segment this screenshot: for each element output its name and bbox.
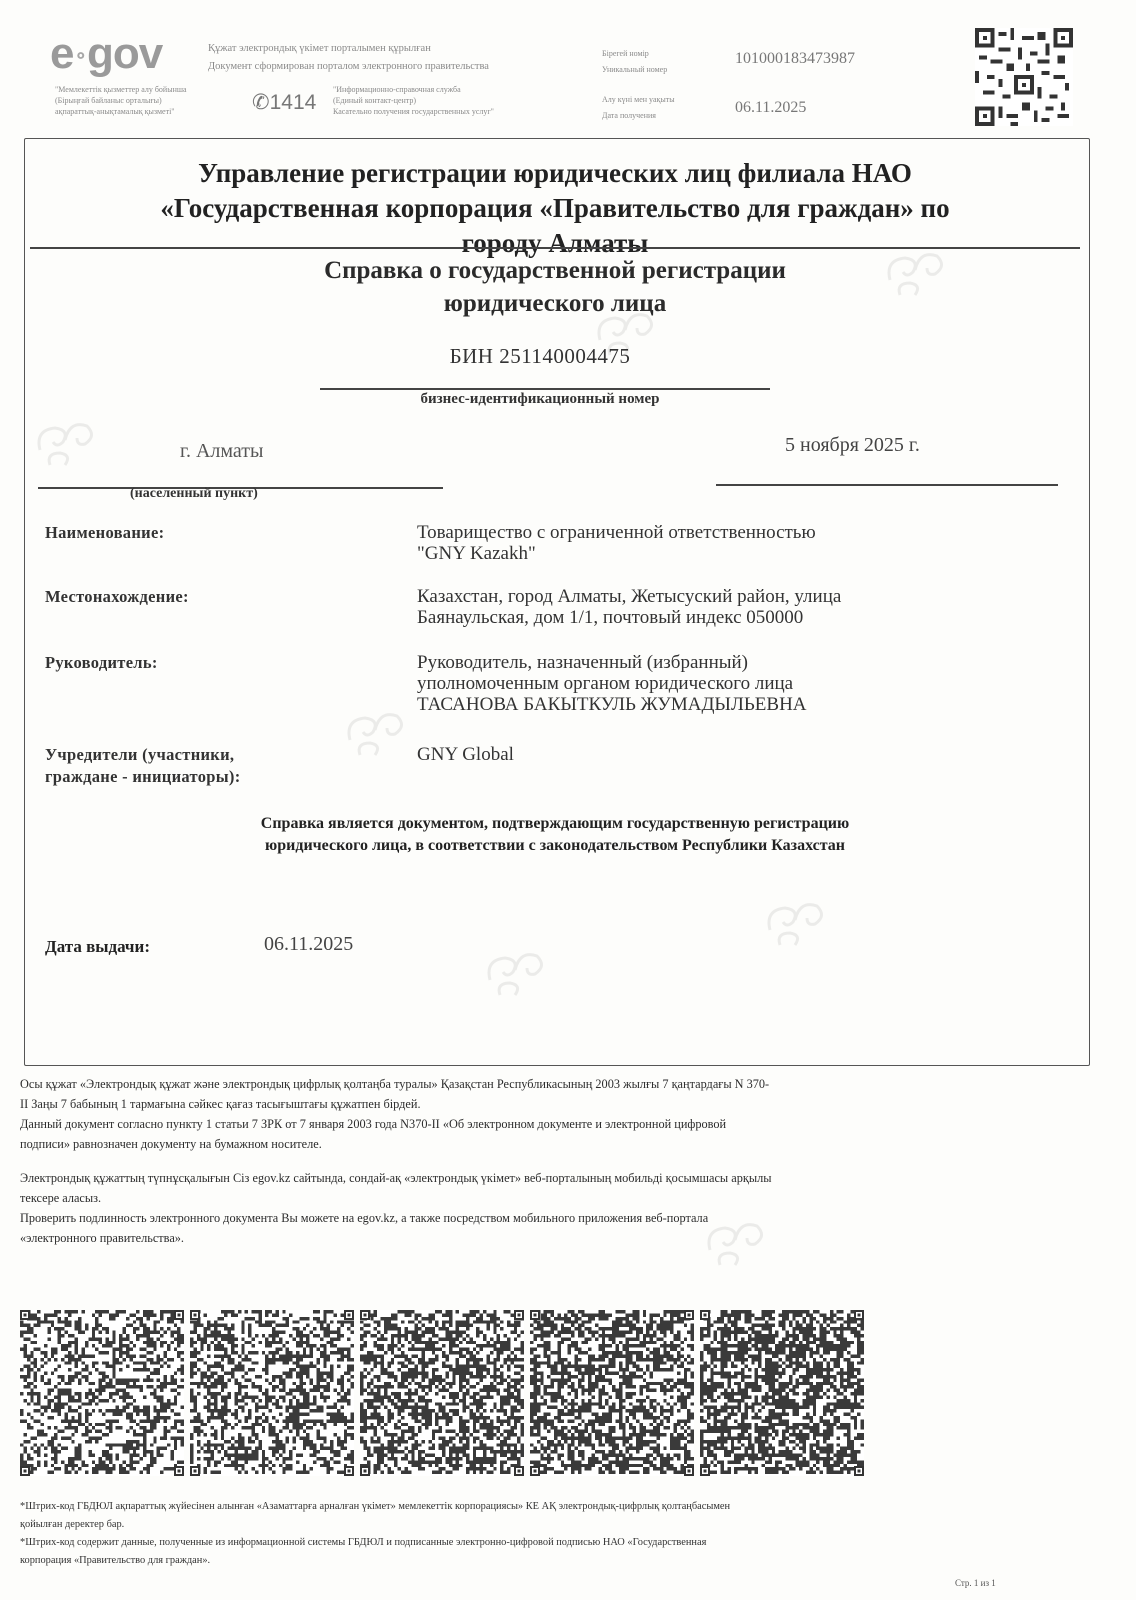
note-line: тексере аласыз. (20, 1188, 1070, 1208)
field-value-line: уполномоченным органом юридического лица (417, 673, 1077, 694)
field-value: GNY Global (417, 744, 1077, 765)
qr-barcode-icon (700, 1310, 864, 1476)
portal-notice-kz: Құжат электрондық үкімет порталымен құры… (208, 40, 489, 58)
field-label: Наименование: (45, 522, 385, 544)
phone-number: 1414 (270, 91, 317, 114)
field-value-line: Казахстан, город Алматы, Жетысуский райо… (417, 586, 1077, 607)
service-kz-line: ақпараттық-анықтамалық қызметі" (55, 106, 187, 117)
unique-label-ru: Уникальный номер (602, 62, 667, 78)
field-label: Учредители (участники, граждане - инициа… (45, 744, 385, 788)
city-caption: (населенный пункт) (130, 486, 258, 502)
note-line: Электрондық құжаттың түпнұсқалығын Сіз e… (20, 1168, 1070, 1188)
issue-date-label: Дата выдачи: (45, 937, 150, 957)
field-label: Местонахождение: (45, 586, 385, 608)
field-value-line: ТАСАНОВА БАКЫТКУЛЬ ЖУМАДЫЛЬЕВНА (417, 694, 1077, 715)
service-kz-line: (Бірыңғай байланыс орталығы) (55, 95, 187, 106)
page-number: Стр. 1 из 1 (955, 1578, 996, 1588)
barcode-strip (20, 1310, 864, 1476)
service-ru-line: "Информационно-справочная служба (333, 84, 494, 95)
qr-barcode-icon (530, 1310, 694, 1476)
registration-statement: Справка является документом, подтверждаю… (50, 813, 1060, 857)
issuer-line: «Государственная корпорация «Правительст… (30, 191, 1080, 226)
foot-line: *Штрих-код содержит данные, полученные и… (20, 1534, 1070, 1552)
contact-service-kz: "Мемлекеттік қызметтер алу бойынша (Біры… (55, 84, 187, 117)
city: г. Алматы (180, 440, 263, 463)
statement-line: Справка является документом, подтверждаю… (50, 813, 1060, 835)
verify-note-ru: Проверить подлинность электронного докум… (20, 1208, 1070, 1248)
issuer-title: Управление регистрации юридических лиц ф… (30, 156, 1080, 261)
barcode-note-kz: *Штрих-код ГБДЮЛ ақпараттық жүйесінен ал… (20, 1498, 1070, 1534)
note-line: Данный документ согласно пункту 1 статьи… (20, 1114, 1070, 1134)
received-date-label: Алу күні мен уақыты Дата получения (602, 92, 675, 124)
field-value: Казахстан, город Алматы, Жетысуский райо… (417, 586, 1077, 628)
date-label-kz: Алу күні мен уақыты (602, 92, 675, 108)
foot-line: *Штрих-код ГБДЮЛ ақпараттық жүйесінен ал… (20, 1498, 1070, 1516)
verify-note-kz: Электрондық құжаттың түпнұсқалығын Сіз e… (20, 1168, 1070, 1208)
received-date-value: 06.11.2025 (735, 99, 806, 117)
unique-number-value: 101000183473987 (735, 50, 855, 68)
field-label-line: граждане - инициаторы): (45, 766, 385, 788)
field-value-line: GNY Global (417, 744, 1077, 765)
field-label-line: Учредители (участники, (45, 744, 385, 766)
note-line: «электронного правительства». (20, 1228, 1070, 1248)
statement-line: юридического лица, в соответствии с зако… (50, 835, 1060, 857)
field-value-line: Товарищество с ограниченной ответственно… (417, 522, 1077, 543)
registration-date: 5 ноября 2025 г. (785, 434, 920, 457)
foot-line: корпорация «Правительство для граждан». (20, 1552, 1070, 1570)
qr-code-icon (974, 28, 1074, 126)
issue-date-value: 06.11.2025 (264, 933, 353, 956)
note-line: подписи» равнозначен документу на бумажн… (20, 1134, 1070, 1154)
field-value-line: "GNY Kazakh" (417, 543, 1077, 564)
qr-barcode-icon (20, 1310, 184, 1476)
field-label: Руководитель: (45, 652, 385, 674)
egov-logo: e∘gov (50, 32, 162, 76)
field-value-line: Руководитель, назначенный (избранный) (417, 652, 1077, 673)
divider (30, 247, 1080, 249)
phone-icon: ✆ (252, 91, 270, 114)
unique-label-kz: Бірегей номір (602, 46, 667, 62)
bin-caption: бизнес-идентификационный номер (300, 391, 780, 408)
document-title: Справка о государственной регистрации юр… (30, 254, 1080, 320)
divider (716, 484, 1058, 486)
service-ru-line: Касательно получения государственных усл… (333, 106, 494, 117)
document-title-line: Справка о государственной регистрации (30, 254, 1080, 287)
field-value: Товарищество с ограниченной ответственно… (417, 522, 1077, 564)
legal-note-ru: Данный документ согласно пункту 1 статьи… (20, 1114, 1070, 1154)
field-value-line: Баянаульская, дом 1/1, почтовый индекс 0… (417, 607, 1077, 628)
issuer-line: Управление регистрации юридических лиц ф… (30, 156, 1080, 191)
field-value: Руководитель, назначенный (избранный) уп… (417, 652, 1077, 715)
contact-service-ru: "Информационно-справочная служба (Единый… (333, 84, 494, 117)
qr-barcode-icon (190, 1310, 354, 1476)
legal-note-kz: Осы құжат «Электрондық құжат және электр… (20, 1074, 1070, 1114)
bin-number: БИН 251140004475 (300, 344, 780, 369)
note-line: II Заңы 7 бабының 1 тармағына сәйкес қағ… (20, 1094, 1070, 1114)
unique-number-label: Бірегей номір Уникальный номер (602, 46, 667, 78)
note-line: Осы құжат «Электрондық құжат және электр… (20, 1074, 1070, 1094)
qr-barcode-icon (360, 1310, 524, 1476)
portal-notice: Құжат электрондық үкімет порталымен құры… (208, 40, 489, 76)
divider (320, 388, 770, 390)
document-title-line: юридического лица (30, 287, 1080, 320)
note-line: Проверить подлинность электронного докум… (20, 1208, 1070, 1228)
portal-notice-ru: Документ сформирован порталом электронно… (208, 58, 489, 76)
barcode-note-ru: *Штрих-код содержит данные, полученные и… (20, 1534, 1070, 1570)
contact-phone: ✆1414 (252, 90, 316, 115)
service-kz-line: "Мемлекеттік қызметтер алу бойынша (55, 84, 187, 95)
egov-logo-mark-icon: ∘ (74, 45, 86, 67)
foot-line: қойылған деректер бар. (20, 1516, 1070, 1534)
date-label-ru: Дата получения (602, 108, 675, 124)
service-ru-line: (Единый контакт-центр) (333, 95, 494, 106)
